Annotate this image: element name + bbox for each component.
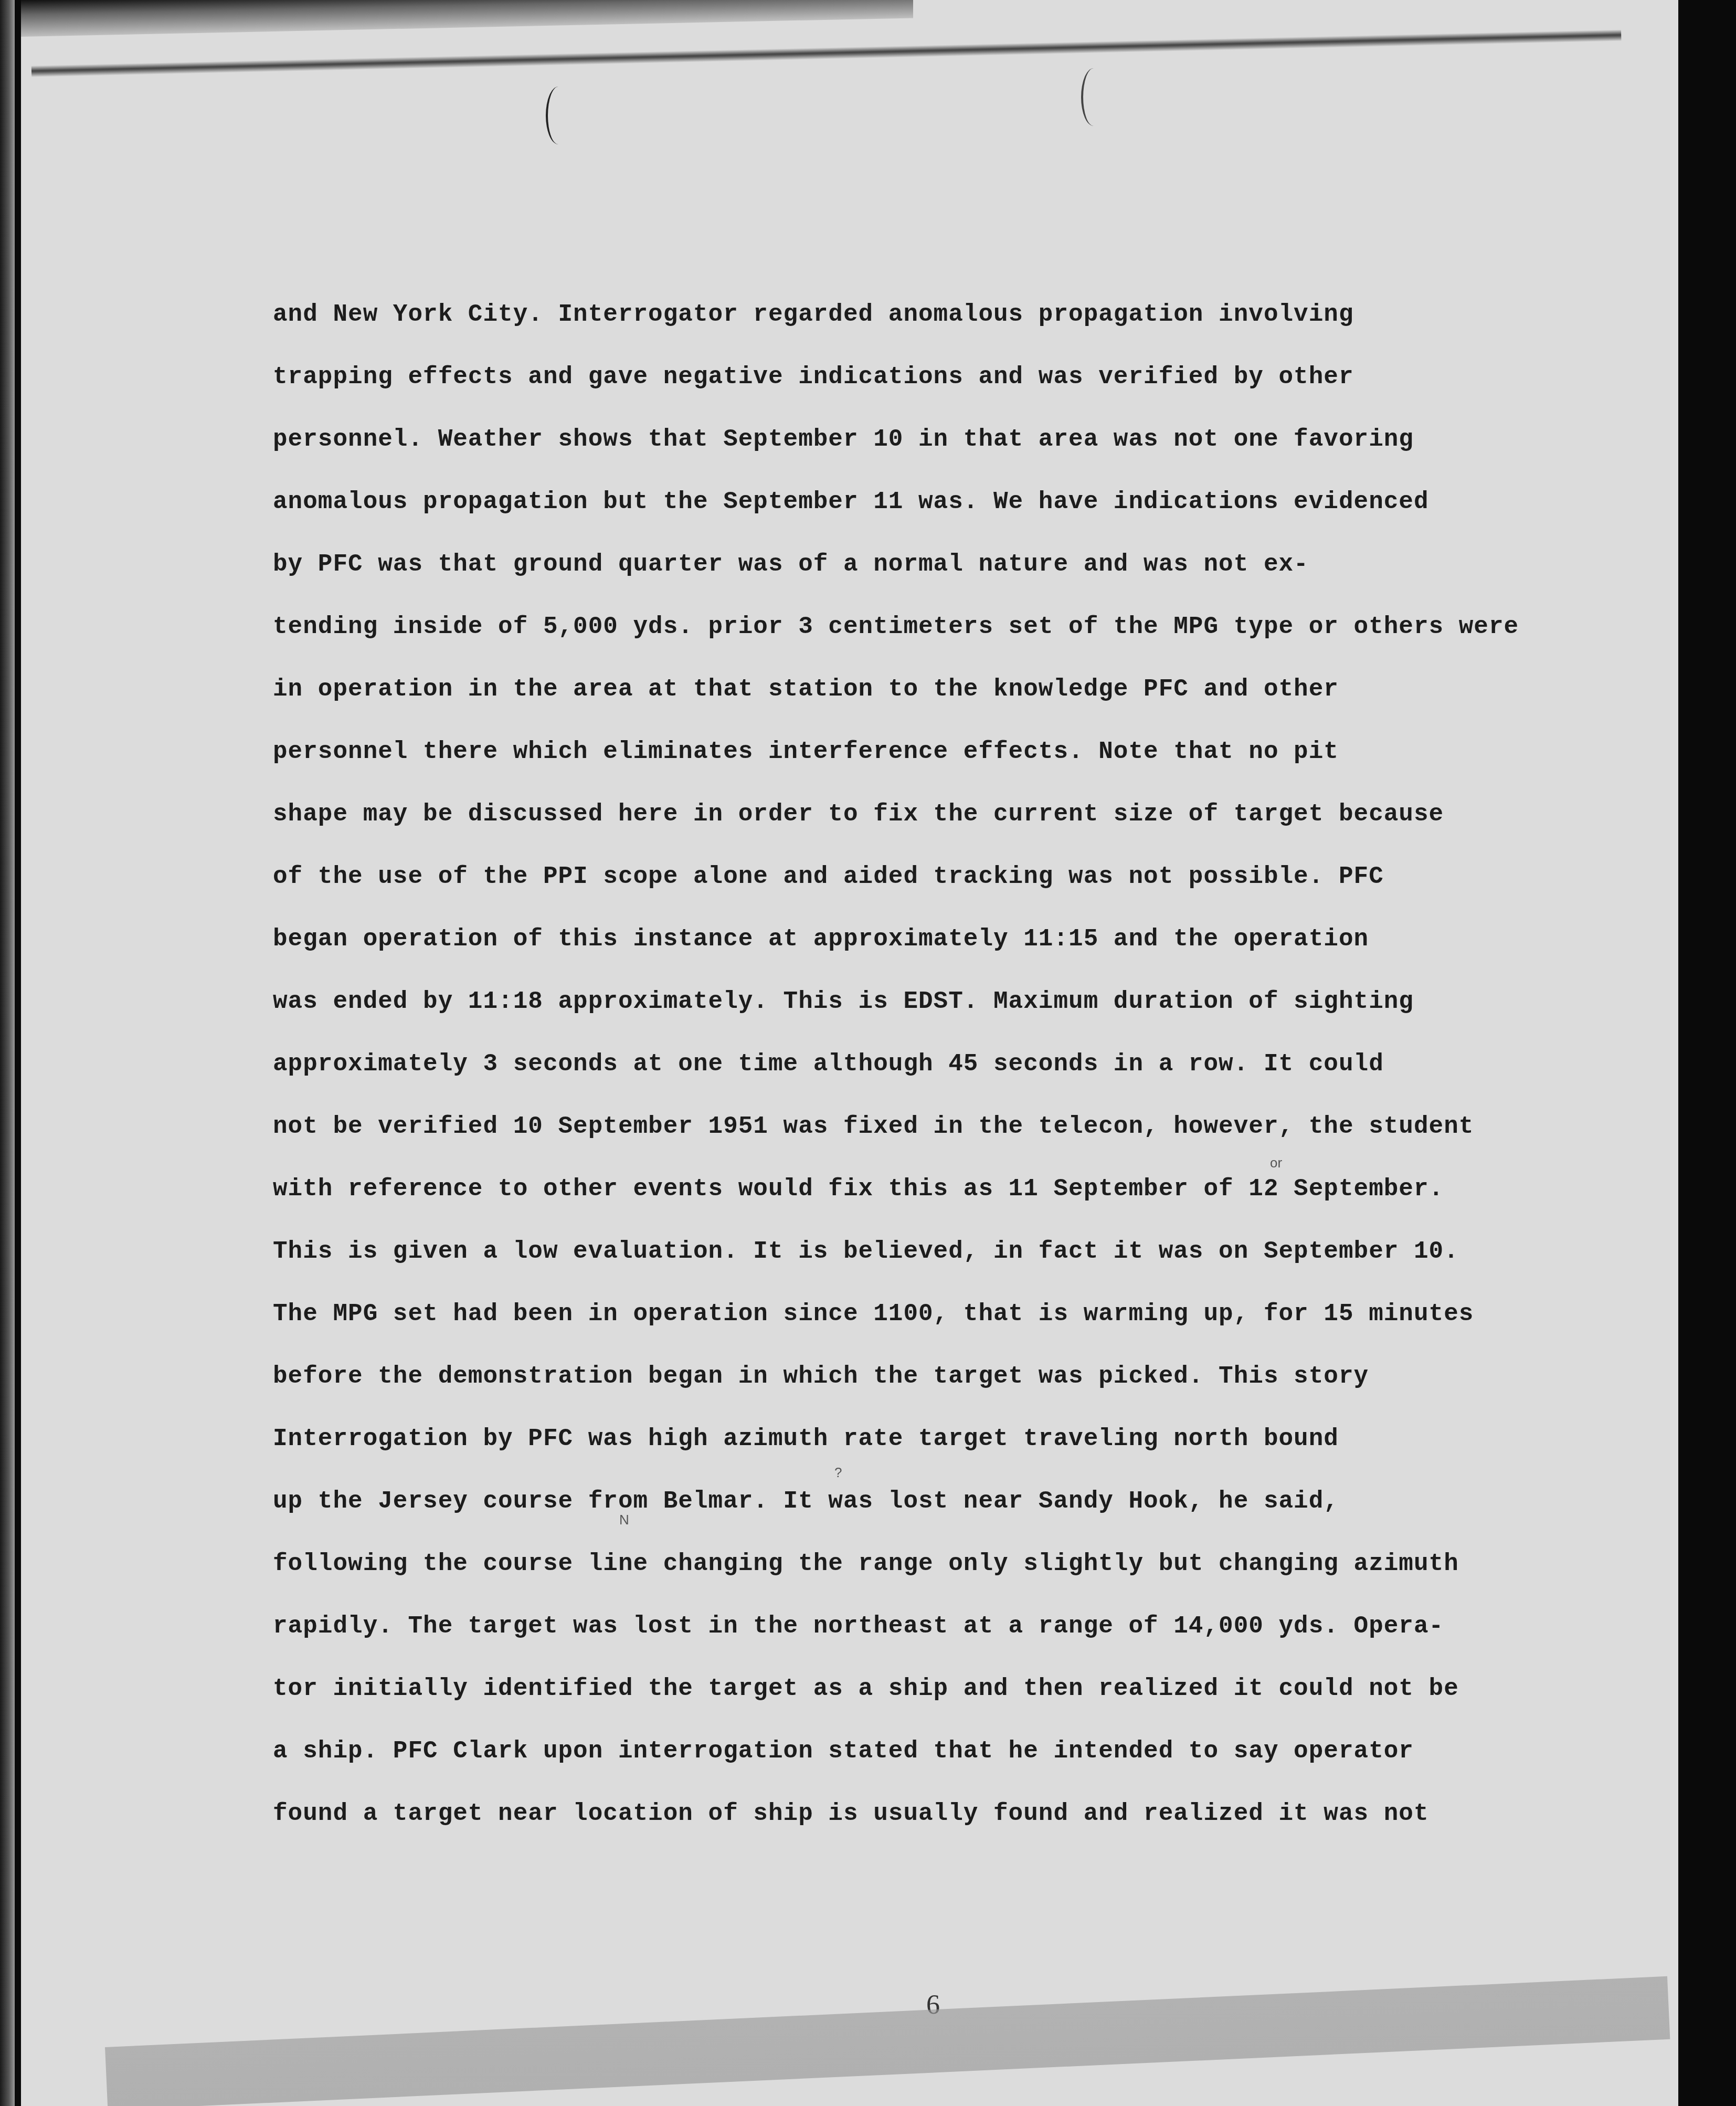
text-line: tor initially identified the target as a… [273,1658,1637,1720]
right-film-edge [1678,0,1736,2106]
handwritten-correction: or [1270,1155,1282,1171]
text-line: rapidly. The target was lost in the nort… [273,1595,1637,1658]
text-line: before the demonstration began in which … [273,1345,1637,1408]
text-line: trapping effects and gave negative indic… [273,346,1637,408]
text-line: tending inside of 5,000 yds. prior 3 cen… [273,596,1637,658]
body-text: and New York City. Interrogator regarded… [273,283,1637,1845]
text-line: and New York City. Interrogator regarded… [273,283,1637,346]
text-line: a ship. PFC Clark upon interrogation sta… [273,1720,1637,1783]
top-scan-shadow [21,0,913,37]
text-line: shape may be discussed here in order to … [273,783,1637,846]
handwritten-mark: ? [834,1465,842,1481]
text-line: in operation in the area at that station… [273,658,1637,721]
text-line: anomalous propagation but the September … [273,471,1637,533]
punch-hole-icon [1081,68,1106,126]
handwritten-mark: N [619,1512,629,1528]
text-line: with reference to other events would fix… [273,1158,1637,1220]
text-line: not be verified 10 September 1951 was fi… [273,1096,1637,1158]
punch-hole-icon [546,87,571,144]
text-line: approximately 3 seconds at one time alth… [273,1033,1637,1096]
text-line: of the use of the PPI scope alone and ai… [273,846,1637,908]
text-line: began operation of this instance at appr… [273,908,1637,971]
text-line: personnel there which eliminates interfe… [273,721,1637,783]
text-line: up the Jersey course from Belmar. It was… [273,1470,1637,1533]
text-line: following the course line changing the r… [273,1533,1637,1595]
text-line: found a target near location of ship is … [273,1783,1637,1845]
text-line: Interrogation by PFC was high azimuth ra… [273,1408,1637,1470]
text-line: The MPG set had been in operation since … [273,1283,1637,1345]
bottom-scan-shadow [105,1976,1670,2106]
document-page: and New York City. Interrogator regarded… [21,0,1679,2106]
text-line: personnel. Weather shows that September … [273,408,1637,471]
top-fold-band [31,29,1622,77]
text-line: was ended by 11:18 approximately. This i… [273,971,1637,1033]
text-line: This is given a low evaluation. It is be… [273,1220,1637,1283]
text-line: by PFC was that ground quarter was of a … [273,533,1637,596]
left-film-edge [0,0,15,2106]
